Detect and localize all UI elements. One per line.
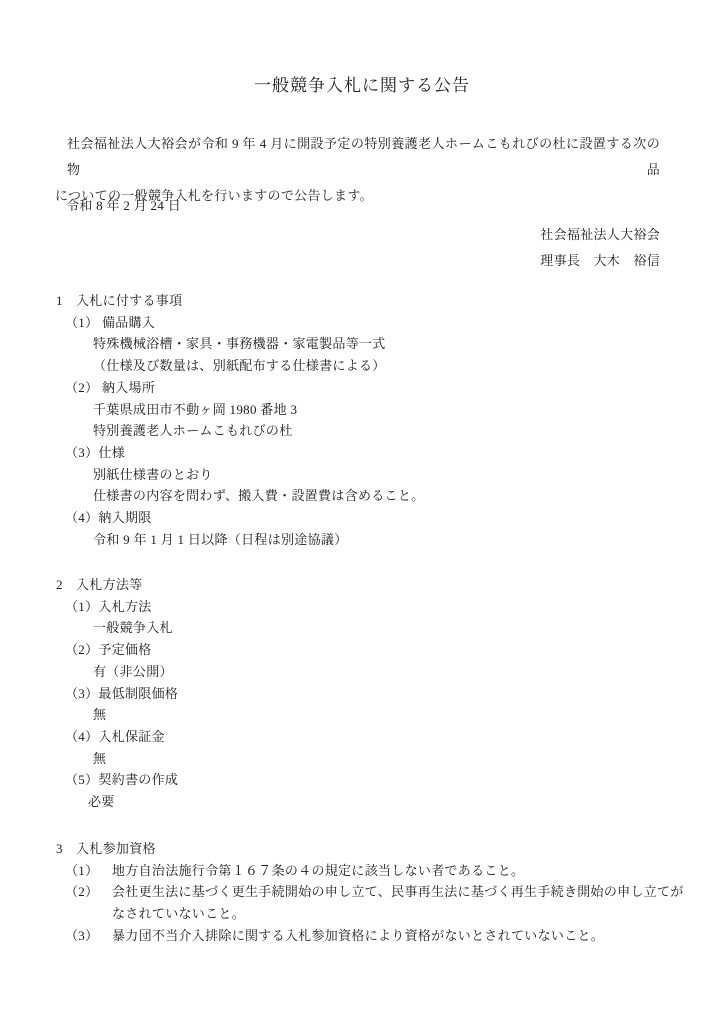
section-bidding-method: 2入札方法等 （1）入札方法 一般競争入札 （2）予定価格 有（非公開） （3）… — [55, 574, 690, 813]
intro-line-1: 社会福祉法人大裕会が令和 9 年 4 月に開設予定の特別養護老人ホームこもれびの… — [55, 131, 660, 183]
signature-representative: 理事長 大木 裕信 — [540, 248, 660, 274]
item-text: 暴力団不当介入排除に関する入札参加資格により資格がないとされていないこと。 — [112, 925, 690, 947]
list-content: 無 — [55, 748, 690, 770]
list-item: （2）予定価格 — [55, 639, 690, 661]
list-content: 仕様書の内容を問わず、搬入費・設置費は含めること。 — [55, 485, 690, 507]
list-content: 無 — [55, 704, 690, 726]
item-label: （3） — [65, 925, 112, 947]
list-item: （4）入札保証金 — [55, 726, 690, 748]
list-item: （3）仕様 — [55, 442, 690, 464]
qualification-item: （2） 会社更生法に基づく更生手続開始の申し立て、民事再生法に基づく再生手続き開… — [55, 881, 690, 924]
document-page: 一般競争入札に関する公告 社会福祉法人大裕会が令和 9 年 4 月に開設予定の特… — [0, 0, 724, 1024]
section-1-heading: 入札に付する事項 — [76, 293, 182, 308]
list-content: 特殊機械浴槽・家具・事務機器・家電製品等一式 — [55, 333, 690, 355]
section-3-number: 3 — [56, 838, 76, 860]
item-label: （2） — [65, 881, 112, 924]
signature-block: 社会福祉法人大裕会 理事長 大木 裕信 — [540, 222, 660, 273]
list-content: 必要 — [55, 791, 690, 813]
list-item: （5）契約書の作成 — [55, 769, 690, 791]
list-item: （2） 納入場所 — [55, 377, 690, 399]
section-2-heading: 入札方法等 — [76, 577, 143, 592]
item-text-line-2: なされていないこと。 — [112, 903, 690, 925]
list-content: 別紙仕様書のとおり — [55, 464, 690, 486]
signature-organization: 社会福祉法人大裕会 — [540, 222, 660, 248]
section-participation-qualifications: 3入札参加資格 （1） 地方自治法施行令第１６７条の４の規定に該当しない者である… — [55, 838, 690, 947]
list-item: （3）最低制限価格 — [55, 683, 690, 705]
list-content: 令和 9 年 1 月 1 日以降（日程は別途協議） — [55, 529, 690, 551]
item-text: 地方自治法施行令第１６７条の４の規定に該当しない者であること。 — [112, 860, 690, 882]
list-item: （1）入札方法 — [55, 596, 690, 618]
list-item: （4）納入期限 — [55, 507, 690, 529]
item-text: 会社更生法に基づく更生手続開始の申し立て、民事再生法に基づく再生手続き開始の申し… — [112, 881, 690, 924]
list-content: 千葉県成田市不動ヶ岡 1980 番地 3 — [55, 399, 690, 421]
section-3-heading: 入札参加資格 — [76, 841, 156, 856]
section-2-number: 2 — [56, 574, 76, 596]
list-content: 一般競争入札 — [55, 617, 690, 639]
date-line: 令和 8 年 2 月 24 日 — [55, 196, 181, 216]
document-title: 一般競争入札に関する公告 — [0, 74, 724, 98]
section-2-header: 2入札方法等 — [55, 574, 690, 596]
section-1-header: 1入札に付する事項 — [55, 290, 690, 312]
section-bidding-matters: 1入札に付する事項 （1） 備品購入 特殊機械浴槽・家具・事務機器・家電製品等一… — [55, 290, 690, 550]
section-1-number: 1 — [56, 290, 76, 312]
item-label: （1） — [65, 860, 112, 882]
item-text-line-1: 会社更生法に基づく更生手続開始の申し立て、民事再生法に基づく再生手続き開始の申し… — [112, 881, 690, 903]
list-content: 有（非公開） — [55, 661, 690, 683]
list-content: （仕様及び数量は、別紙配布する仕様書による） — [55, 355, 690, 377]
qualification-item: （1） 地方自治法施行令第１６７条の４の規定に該当しない者であること。 — [55, 860, 690, 882]
list-item: （1） 備品購入 — [55, 312, 690, 334]
qualification-item: （3） 暴力団不当介入排除に関する入札参加資格により資格がないとされていないこと… — [55, 925, 690, 947]
list-content: 特別養護老人ホームこもれびの杜 — [55, 420, 690, 442]
section-3-header: 3入札参加資格 — [55, 838, 690, 860]
